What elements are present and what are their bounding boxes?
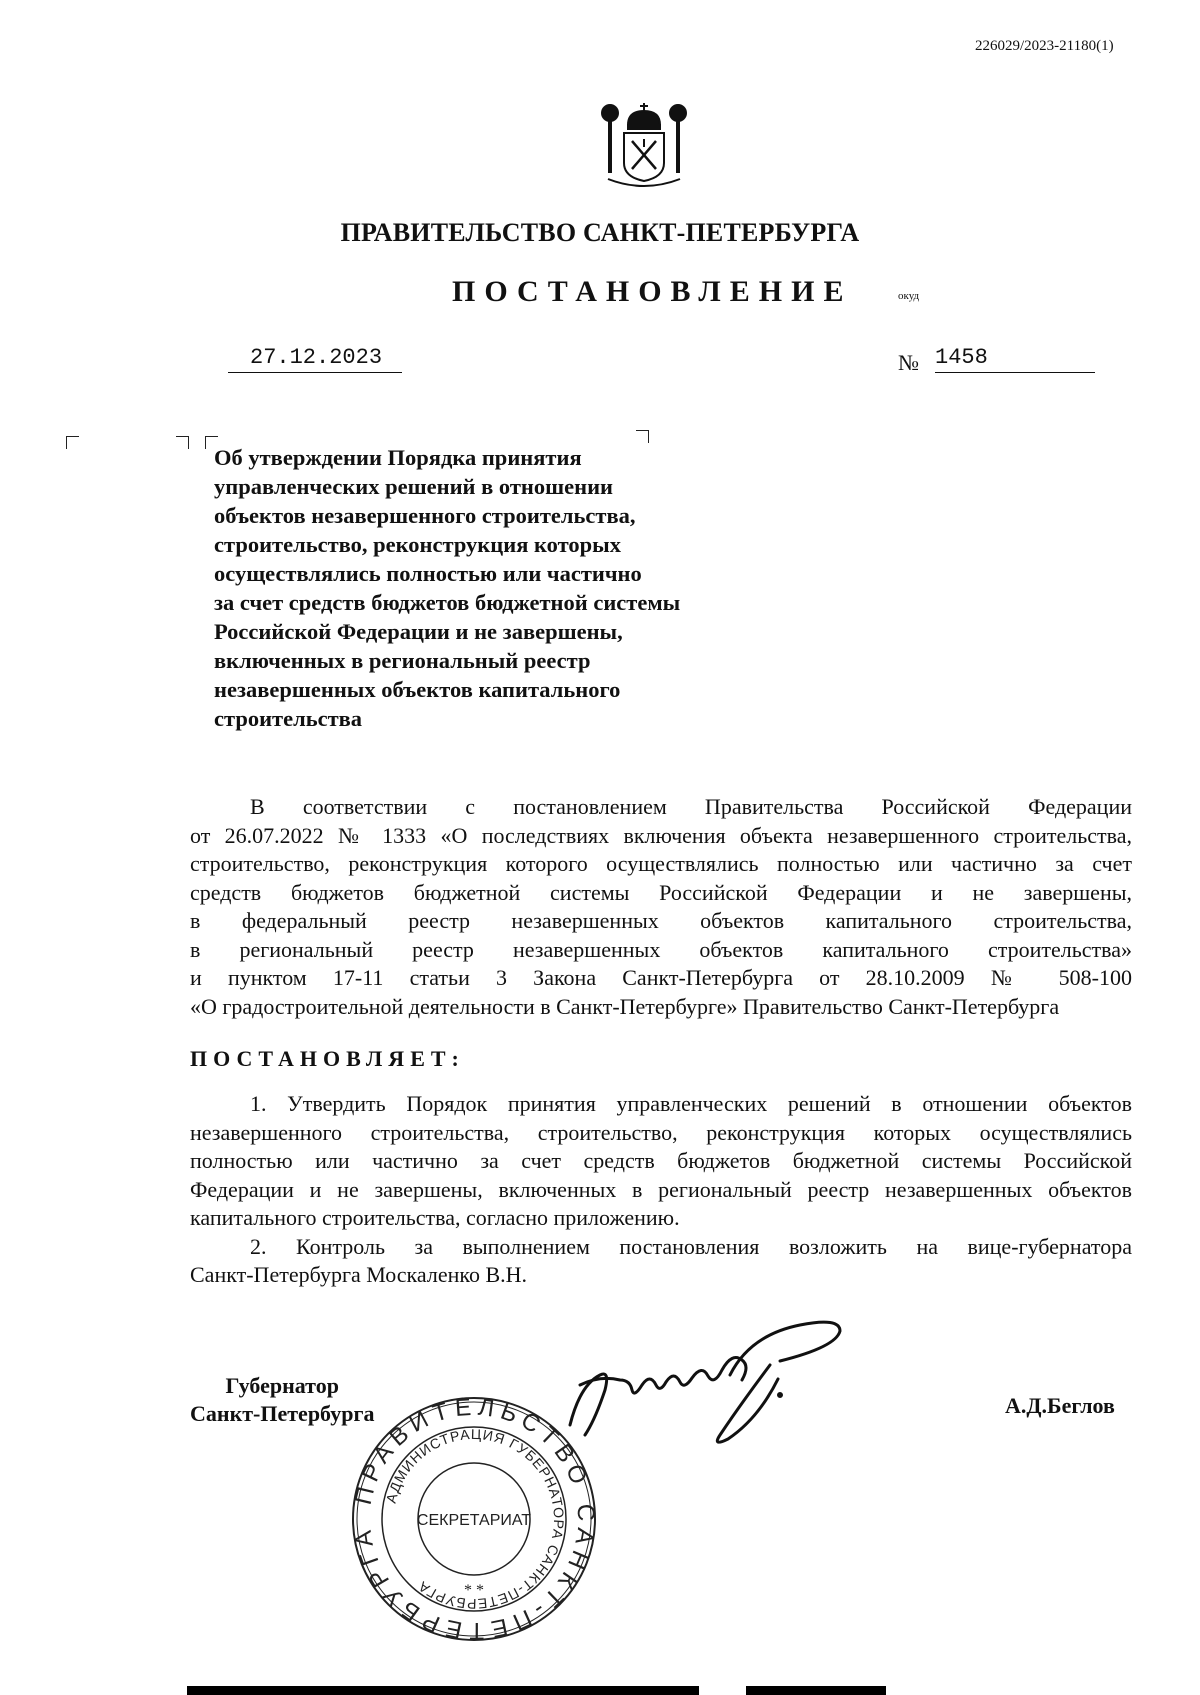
subject-line: включенных в региональный реестр — [214, 646, 774, 675]
margin-corner-mark — [176, 436, 189, 449]
handwritten-signature-icon — [540, 1305, 880, 1455]
margin-corner-mark — [636, 430, 649, 443]
preamble-line: строительство, реконструкция которого ос… — [190, 850, 1132, 879]
preamble-line: от 26.07.2022 № 1333 «О последствиях вкл… — [190, 822, 1132, 851]
subject-line: строительство, реконструкция которых — [214, 530, 774, 559]
document-date: 27.12.2023 — [228, 345, 402, 373]
position-line: Санкт-Петербурга — [190, 1400, 374, 1428]
redaction-bar — [187, 1686, 699, 1695]
operative-line: Федерации и не завершены, включенных в р… — [190, 1176, 1132, 1205]
document-number: 1458 — [935, 345, 1095, 373]
subject-line: управленческих решений в отношении — [214, 472, 774, 501]
preamble-line: В соответствии с постановлением Правител… — [190, 793, 1132, 822]
operative-line: Санкт-Петербурга Москаленко В.Н. — [190, 1261, 1132, 1290]
signatory-name: А.Д.Беглов — [1005, 1393, 1115, 1419]
preamble-line: и пунктом 17-11 статьи 3 Закона Санкт-Пе… — [190, 964, 1132, 993]
coat-of-arms-icon — [598, 95, 690, 190]
preamble-line: «О градостроительной деятельности в Санк… — [190, 993, 1132, 1022]
svg-text:* *: * * — [464, 1582, 484, 1599]
document-type-title: ПОСТАНОВЛЕНИЕ — [452, 275, 852, 309]
subject-line: объектов незавершенного строительства, — [214, 501, 774, 530]
preamble-line: средств бюджетов бюджетной системы Росси… — [190, 879, 1132, 908]
redaction-bar — [746, 1686, 886, 1695]
preamble-line: в региональный реестр незавершенных объе… — [190, 936, 1132, 965]
preamble-line: в федеральный реестр незавершенных объек… — [190, 907, 1132, 936]
operative-line: 2. Контроль за выполнением постановления… — [190, 1233, 1132, 1262]
subject-line: незавершенных объектов капитального — [214, 675, 774, 704]
preamble-paragraph: В соответствии с постановлением Правител… — [190, 793, 1132, 1021]
number-sign: № — [898, 350, 919, 376]
document-subject: Об утверждении Порядка принятия управлен… — [214, 443, 774, 733]
operative-line: 1. Утвердить Порядок принятия управленче… — [190, 1090, 1132, 1119]
subject-line: осуществлялись полностью или частично — [214, 559, 774, 588]
operative-paragraphs: 1. Утвердить Порядок принятия управленче… — [190, 1090, 1132, 1290]
signatory-position: Губернатор Санкт-Петербурга — [190, 1372, 374, 1428]
subject-line: Российской Федерации и не завершены, — [214, 617, 774, 646]
government-title: ПРАВИТЕЛЬСТВО САНКТ-ПЕТЕРБУРГА — [0, 218, 1200, 248]
operative-line: незавершенного строительства, строительс… — [190, 1119, 1132, 1148]
operative-line: капитального строительства, согласно при… — [190, 1204, 1132, 1233]
subject-line: за счет средств бюджетов бюджетной систе… — [214, 588, 774, 617]
okud-label: окуд — [898, 290, 919, 302]
position-line: Губернатор — [190, 1372, 374, 1400]
operative-line: полностью или частично за счет средств б… — [190, 1147, 1132, 1176]
subject-line: Об утверждении Порядка принятия — [214, 443, 774, 472]
subject-line: строительства — [214, 704, 774, 733]
svg-text:СЕКРЕТАРИАТ: СЕКРЕТАРИАТ — [417, 1512, 531, 1529]
resolves-heading: ПОСТАНОВЛЯЕТ: — [190, 1046, 465, 1072]
margin-corner-mark — [66, 436, 79, 449]
registration-number: 226029/2023-21180(1) — [975, 38, 1114, 55]
